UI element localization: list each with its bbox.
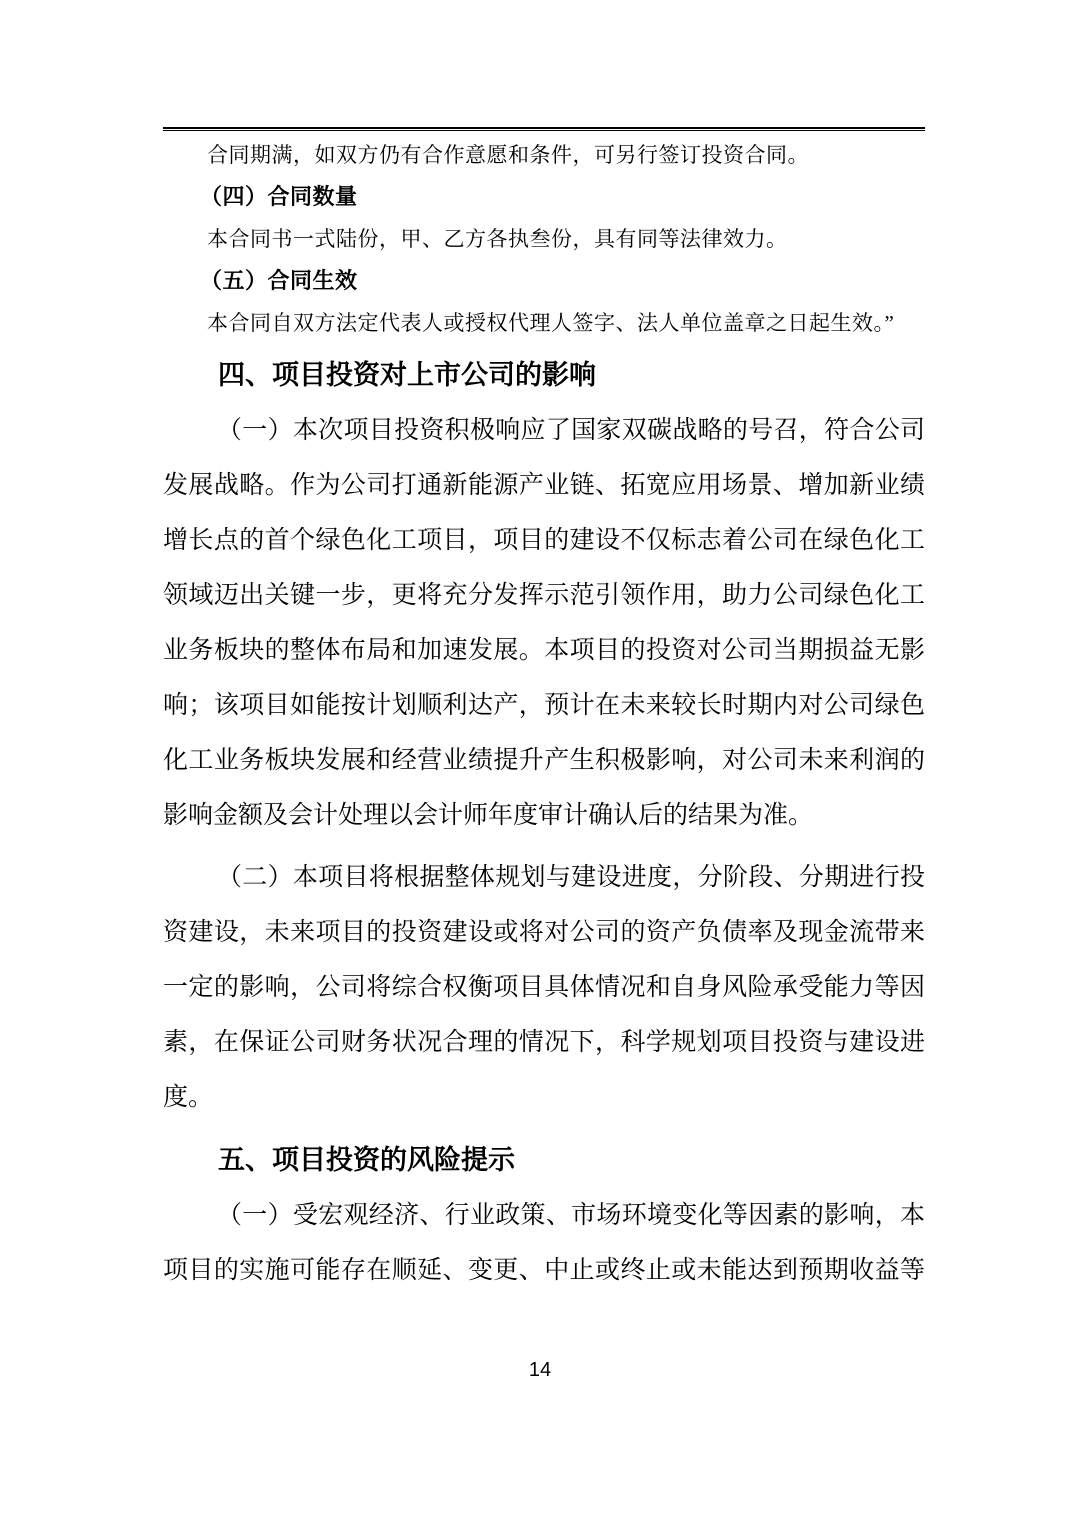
paragraph-line: 素，在保证公司财务状况合理的情况下，科学规划项目投资与建设进 bbox=[163, 1015, 925, 1070]
paragraph-line: 发展战略。作为公司打通新能源产业链、拓宽应用场景、增加新业绩 bbox=[163, 458, 925, 513]
subsection-heading-contract-effect: （五）合同生效 bbox=[163, 260, 925, 302]
contract-quote-block: 合同期满，如双方仍有合作意愿和条件，可另行签订投资合同。 （四）合同数量 本合同… bbox=[163, 134, 925, 344]
header-rule-thin-line bbox=[163, 130, 925, 131]
paragraph-risk-1: （一）受宏观经济、行业政策、市场环境变化等因素的影响，本 项目的实施可能存在顺延… bbox=[163, 1188, 925, 1298]
paragraph-line: （一）本次项目投资积极响应了国家双碳战略的号召，符合公司 bbox=[163, 403, 925, 458]
quote-line: 本合同自双方法定代表人或授权代理人签字、法人单位盖章之日起生效。” bbox=[163, 302, 925, 344]
paragraph-line: 增长点的首个绿色化工项目，项目的建设不仅标志着公司在绿色化工 bbox=[163, 513, 925, 568]
paragraph-impact-2: （二）本项目将根据整体规划与建设进度，分阶段、分期进行投 资建设，未来项目的投资… bbox=[163, 850, 925, 1125]
document-page: 合同期满，如双方仍有合作意愿和条件，可另行签订投资合同。 （四）合同数量 本合同… bbox=[0, 0, 1080, 1527]
section-heading-impact: 四、项目投资对上市公司的影响 bbox=[163, 348, 925, 403]
paragraph-line: 业务板块的整体布局和加速发展。本项目的投资对公司当期损益无影 bbox=[163, 623, 925, 678]
paragraph-line: （二）本项目将根据整体规划与建设进度，分阶段、分期进行投 bbox=[163, 850, 925, 905]
quote-line: 合同期满，如双方仍有合作意愿和条件，可另行签订投资合同。 bbox=[163, 134, 925, 176]
header-rule-thick-line bbox=[163, 127, 925, 129]
paragraph-impact-1: （一）本次项目投资积极响应了国家双碳战略的号召，符合公司 发展战略。作为公司打通… bbox=[163, 403, 925, 843]
paragraph-line: 一定的影响，公司将综合权衡项目具体情况和自身风险承受能力等因 bbox=[163, 960, 925, 1015]
paragraph-line: 度。 bbox=[163, 1070, 925, 1125]
page-number: 14 bbox=[0, 1356, 1080, 1384]
paragraph-line: 响；该项目如能按计划顺利达产，预计在未来较长时期内对公司绿色 bbox=[163, 678, 925, 733]
subsection-heading-contract-count: （四）合同数量 bbox=[163, 176, 925, 218]
section-heading-risk: 五、项目投资的风险提示 bbox=[163, 1133, 925, 1188]
paragraph-line: 资建设，未来项目的投资建设或将对公司的资产负债率及现金流带来 bbox=[163, 905, 925, 960]
quote-line: 本合同书一式陆份，甲、乙方各执叁份，具有同等法律效力。 bbox=[163, 218, 925, 260]
paragraph-line: 化工业务板块发展和经营业绩提升产生积极影响，对公司未来利润的 bbox=[163, 733, 925, 788]
paragraph-line: 影响金额及会计处理以会计师年度审计确认后的结果为准。 bbox=[163, 788, 925, 843]
page-content: 合同期满，如双方仍有合作意愿和条件，可另行签订投资合同。 （四）合同数量 本合同… bbox=[163, 0, 925, 1298]
paragraph-line: 领域迈出关键一步，更将充分发挥示范引领作用，助力公司绿色化工 bbox=[163, 568, 925, 623]
header-rule bbox=[163, 127, 925, 131]
paragraph-line: 项目的实施可能存在顺延、变更、中止或终止或未能达到预期收益等 bbox=[163, 1243, 925, 1298]
paragraph-line: （一）受宏观经济、行业政策、市场环境变化等因素的影响，本 bbox=[163, 1188, 925, 1243]
